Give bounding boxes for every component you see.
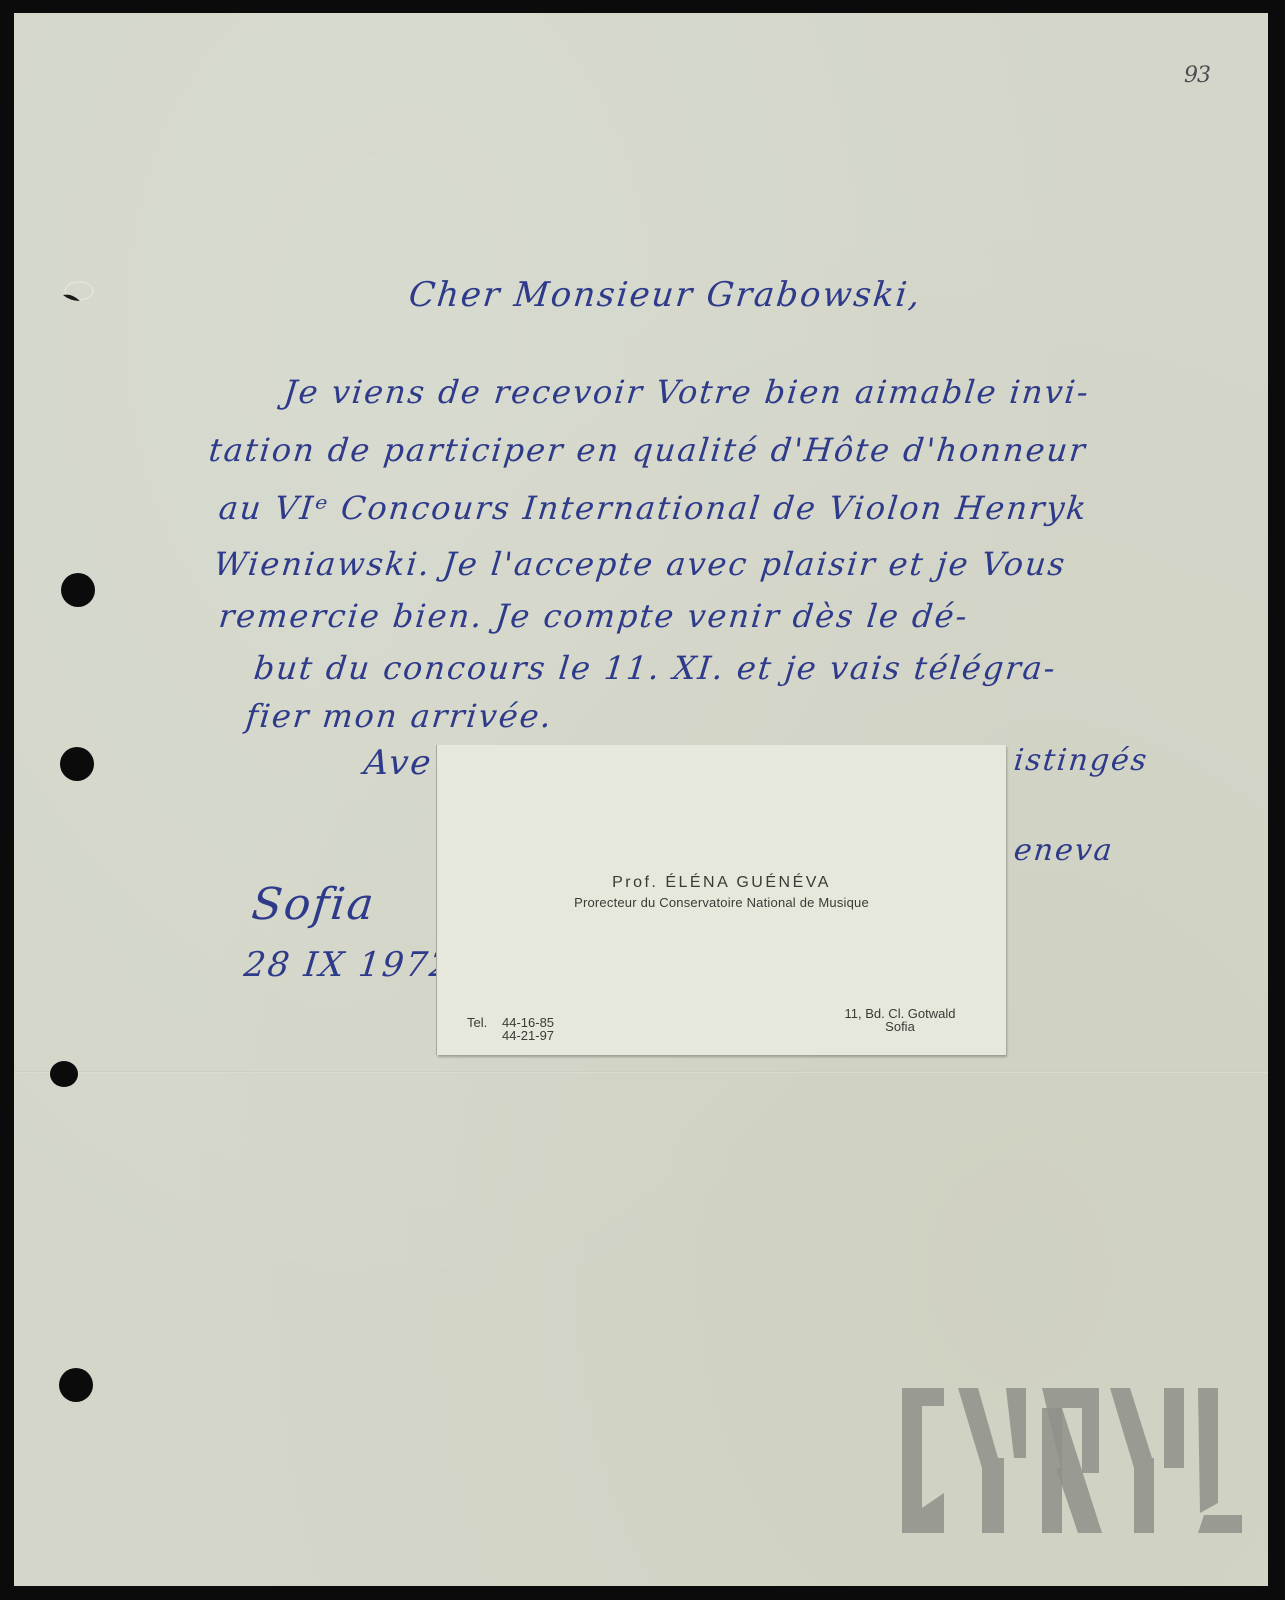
body-line: au VIᵉ Concours International de Violon … — [217, 489, 1090, 527]
body-line: Wieniawski. Je l'accepte avec plaisir et… — [212, 545, 1068, 583]
body-line: tation de participer en qualité d'Hôte d… — [207, 431, 1089, 469]
closing-start: Ave — [362, 743, 435, 783]
folio-number: 93 — [1184, 63, 1210, 88]
punch-hole — [60, 747, 94, 781]
salutation: Cher Monsieur Grabowski, — [407, 275, 924, 315]
paper-fold-line — [14, 1071, 1268, 1073]
punch-tear-mark — [60, 281, 94, 307]
card-tel-2: 44-21-97 — [502, 1028, 554, 1043]
cyryl-watermark-logo — [902, 1388, 1242, 1533]
punch-hole — [50, 1061, 78, 1087]
date: 28 IX 1972 — [242, 945, 455, 985]
card-name: Prof. ÉLÉNA GUÉNÉVA — [437, 874, 1006, 892]
signature: eneva — [1012, 833, 1115, 868]
place: Sofia — [249, 879, 378, 930]
card-title: Prorecteur du Conservatoire National de … — [437, 895, 1006, 910]
body-line: fier mon arrivée. — [244, 697, 555, 735]
business-card: Prof. ÉLÉNA GUÉNÉVA Prorecteur du Conser… — [437, 745, 1006, 1055]
closing-end: istingés — [1012, 743, 1150, 778]
punch-hole — [61, 573, 95, 607]
punch-hole — [59, 1368, 93, 1402]
body-line: Je viens de recevoir Votre bien aimable … — [282, 373, 1092, 411]
body-line: but du concours le 11. XI. et je vais té… — [252, 649, 1059, 687]
card-address-line-2: Sofia — [825, 1019, 975, 1034]
body-line: remercie bien. Je compte venir dès le dé… — [217, 597, 971, 635]
card-tel-label: Tel. — [467, 1015, 487, 1030]
